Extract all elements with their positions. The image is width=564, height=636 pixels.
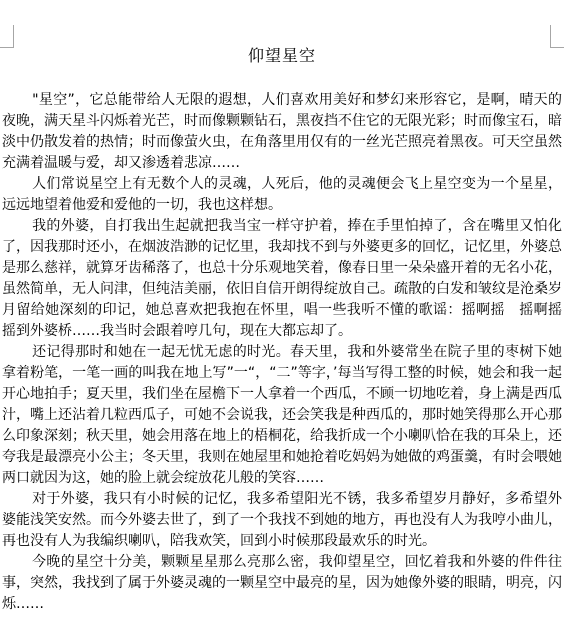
paragraph: "星空”，它总能带给人无限的遐想，人们喜欢用美好和梦幻来形容它，是啊，晴天的夜晚… xyxy=(2,90,562,174)
paragraph: 对于外婆，我只有小时候的记忆，我多希望阳光不锈，我多希望岁月静好，多希望外婆能浅… xyxy=(2,489,562,552)
document-title: 仰望星空 xyxy=(0,0,564,66)
document-page: 仰望星空 "星空”，它总能带给人无限的遐想，人们喜欢用美好和梦幻来形容它，是啊，… xyxy=(0,0,564,636)
paragraph: 还记得那时和她在一起无忧无虑的时光。春天里，我和外婆常坐在院子里的枣树下她拿着粉… xyxy=(2,342,562,489)
paragraph: 今晚的星空十分美，颗颗星星那么亮那么密，我仰望星空，回忆着我和外婆的件件往事，突… xyxy=(2,552,562,615)
paragraph: 我的外婆，自打我出生起就把我当宝一样守护着，捧在手里怕掉了，含在嘴里又怕化了，因… xyxy=(2,216,562,342)
document-body: "星空”，它总能带给人无限的遐想，人们喜欢用美好和梦幻来形容它，是啊，晴天的夜晚… xyxy=(0,90,564,615)
paragraph: 人们常说星空上有无数个人的灵魂，人死后，他的灵魂便会飞上星空变为一个星星，远远地… xyxy=(2,174,562,216)
